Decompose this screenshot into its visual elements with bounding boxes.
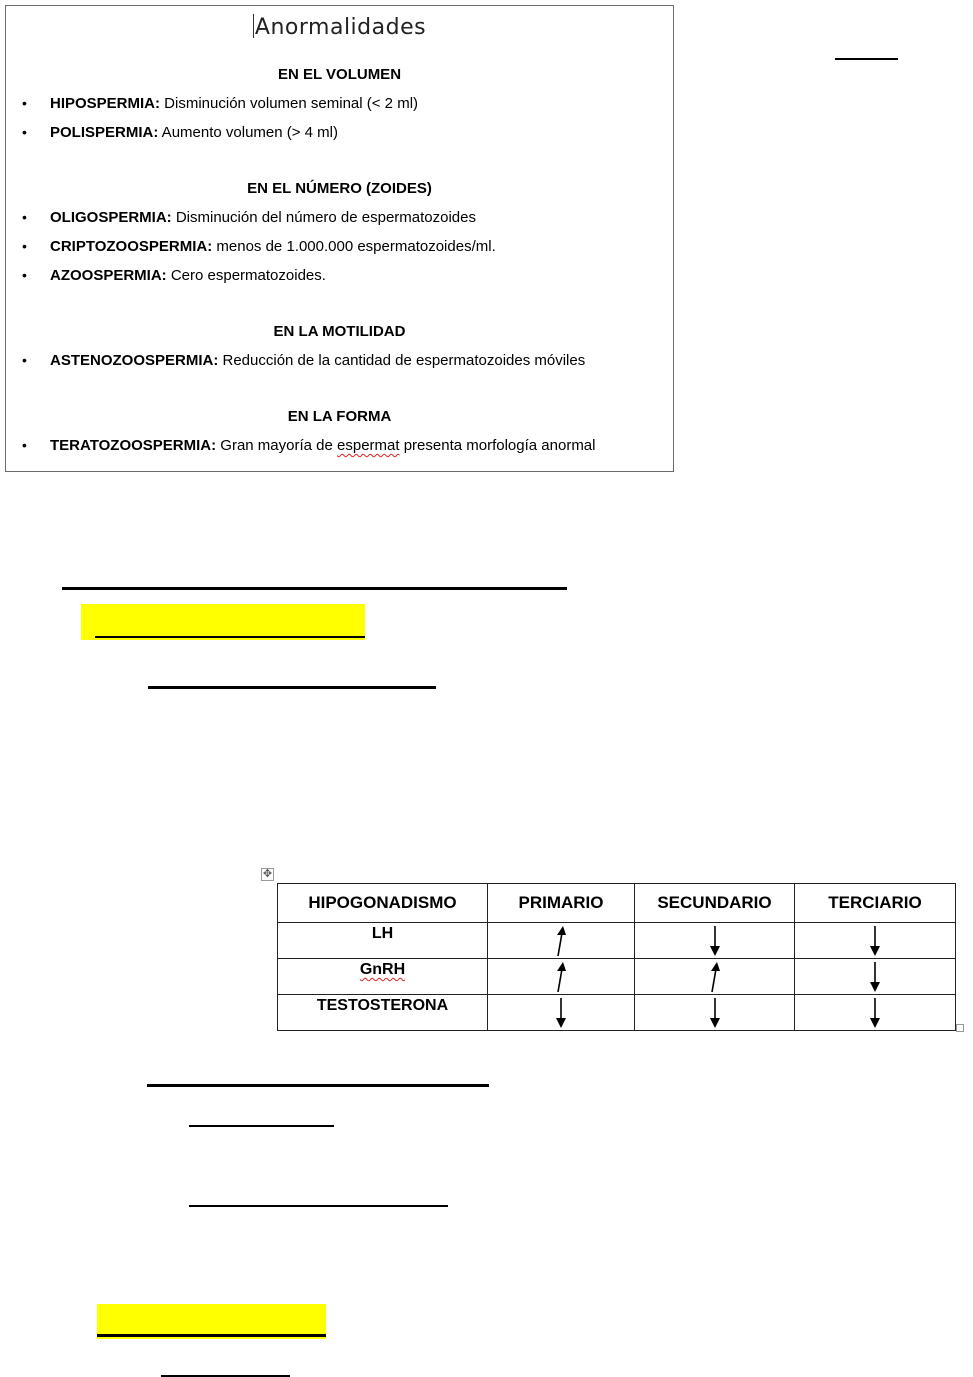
row-label-testosterone: TESTOSTERONA bbox=[278, 995, 488, 1031]
blank-underline bbox=[62, 587, 567, 590]
blank-underline bbox=[148, 686, 436, 689]
list-item: •POLISPERMIA: Aumento volumen (> 4 ml) bbox=[22, 124, 338, 141]
arrow-down-icon bbox=[635, 995, 795, 1031]
abnormalities-textbox[interactable]: Anormalidades EN EL VOLUMEN •HIPOSPERMIA… bbox=[5, 5, 674, 472]
blank-underline bbox=[95, 636, 365, 638]
blank-underline bbox=[97, 1334, 326, 1337]
header-secondary: SECUNDARIO bbox=[635, 884, 795, 923]
blank-underline bbox=[189, 1125, 334, 1127]
definition: Cero espermatozoides. bbox=[167, 267, 326, 284]
list-item: •TERATOZOOSPERMIA: Gran mayoría de esper… bbox=[22, 437, 595, 454]
arrow-down-icon bbox=[488, 995, 635, 1031]
blank-underline bbox=[835, 58, 898, 60]
term: POLISPERMIA: bbox=[50, 124, 158, 141]
header-tertiary: TERCIARIO bbox=[795, 884, 956, 923]
bullet-icon: • bbox=[22, 209, 50, 225]
definition: Disminución del número de espermatozoide… bbox=[172, 209, 476, 226]
term: TERATOZOOSPERMIA: bbox=[50, 437, 216, 454]
misspelled-word[interactable]: GnRH bbox=[360, 961, 405, 978]
table-resize-handle[interactable] bbox=[956, 1024, 964, 1032]
section-heading-motility: EN LA MOTILIDAD bbox=[6, 323, 673, 340]
misspelled-word[interactable]: espermat bbox=[337, 437, 400, 454]
arrow-up-icon bbox=[488, 923, 635, 959]
arrow-down-icon bbox=[795, 995, 956, 1031]
bullet-icon: • bbox=[22, 437, 50, 453]
list-item: •CRIPTOZOOSPERMIA: menos de 1.000.000 es… bbox=[22, 238, 496, 255]
arrow-down-icon bbox=[795, 923, 956, 959]
definition: Gran mayoría de bbox=[216, 437, 337, 454]
term: CRIPTOZOOSPERMIA: bbox=[50, 238, 212, 255]
list-item: •OLIGOSPERMIA: Disminución del número de… bbox=[22, 209, 476, 226]
text-cursor bbox=[253, 14, 254, 38]
section-heading-shape: EN LA FORMA bbox=[6, 408, 673, 425]
blank-underline bbox=[189, 1205, 448, 1207]
list-item: •AZOOSPERMIA: Cero espermatozoides. bbox=[22, 267, 326, 284]
bullet-icon: • bbox=[22, 95, 50, 111]
blank-underline bbox=[147, 1084, 489, 1087]
list-item: •HIPOSPERMIA: Disminución volumen semina… bbox=[22, 95, 418, 112]
highlighted-blank bbox=[81, 604, 365, 640]
table-header-row: HIPOGONADISMO PRIMARIO SECUNDARIO TERCIA… bbox=[278, 884, 956, 923]
list-item: •ASTENOZOOSPERMIA: Reducción de la canti… bbox=[22, 352, 585, 369]
term: HIPOSPERMIA: bbox=[50, 95, 160, 112]
arrow-down-icon bbox=[635, 923, 795, 959]
section-heading-number: EN EL NÚMERO (ZOIDES) bbox=[6, 180, 673, 197]
term: OLIGOSPERMIA: bbox=[50, 209, 172, 226]
row-label-lh: LH bbox=[278, 923, 488, 959]
table-move-handle-icon[interactable]: ✥ bbox=[261, 868, 274, 881]
table-row: GnRH bbox=[278, 959, 956, 995]
definition: Aumento volumen (> 4 ml) bbox=[158, 124, 338, 141]
bullet-icon: • bbox=[22, 352, 50, 368]
term: ASTENOZOOSPERMIA: bbox=[50, 352, 218, 369]
term: AZOOSPERMIA: bbox=[50, 267, 167, 284]
arrow-down-icon bbox=[795, 959, 956, 995]
section-heading-volume: EN EL VOLUMEN bbox=[6, 66, 673, 83]
definition: presenta morfología anormal bbox=[400, 437, 596, 454]
table-row: LH bbox=[278, 923, 956, 959]
header-hypogonadism: HIPOGONADISMO bbox=[278, 884, 488, 923]
table-row: TESTOSTERONA bbox=[278, 995, 956, 1031]
definition: Reducción de la cantidad de espermatozoi… bbox=[218, 352, 585, 369]
arrow-up-icon bbox=[635, 959, 795, 995]
arrow-up-icon bbox=[488, 959, 635, 995]
definition: menos de 1.000.000 espermatozoides/ml. bbox=[212, 238, 496, 255]
abnormalities-title-text: Anormalidades bbox=[255, 15, 426, 40]
bullet-icon: • bbox=[22, 267, 50, 283]
definition: Disminución volumen seminal (< 2 ml) bbox=[160, 95, 418, 112]
header-primary: PRIMARIO bbox=[488, 884, 635, 923]
bullet-icon: • bbox=[22, 124, 50, 140]
hypogonadism-table: HIPOGONADISMO PRIMARIO SECUNDARIO TERCIA… bbox=[277, 883, 956, 1031]
abnormalities-title: Anormalidades bbox=[6, 14, 673, 40]
row-label-gnrh: GnRH bbox=[278, 959, 488, 995]
bullet-icon: • bbox=[22, 238, 50, 254]
